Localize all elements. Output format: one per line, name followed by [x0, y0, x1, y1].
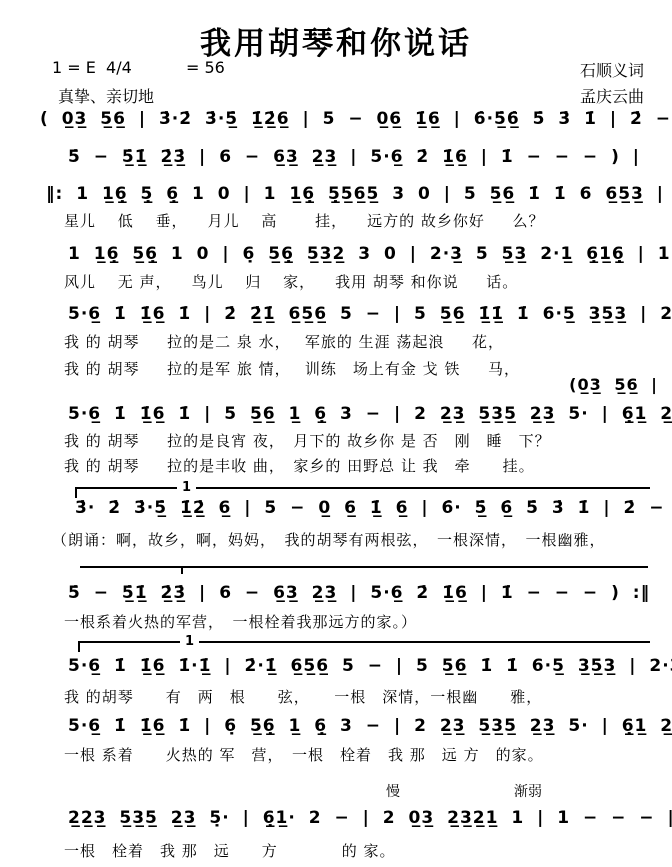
bracket-tick: [181, 567, 183, 574]
lyrics-line-7: （朗诵：啊，故乡，啊，妈妈， 我的胡琴有两根弦， 一根深情， 一根幽雅，: [52, 529, 606, 550]
volta-bracket-first-ending: 1: [75, 487, 650, 498]
lyrics-line-10: 一根 系着 火热的 军 营， 一根 栓着 我 那 远 方 的家。: [64, 744, 544, 765]
composer-credit: 孟庆云曲: [580, 84, 644, 107]
lyrics-line-5-verse-2: 我 的 胡琴 拉的是军 旅 情， 训练 场上有金 戈 铁 马，: [64, 358, 520, 379]
lyrics-line-9: 我 的胡琴 有 两 根 弦， 一根 深情，一根幽 雅，: [64, 686, 542, 707]
volta-bracket-continuation: [80, 566, 648, 577]
tempo-annotation-slow: 慢: [386, 781, 400, 801]
notation-line-10: 5·6̲ 1̇ 1̲̇6̲ 1̇ | 6̣ 5̲6̲̣ 1̲ 6̲̣ 3 − |…: [68, 716, 672, 736]
notation-line-7: 3̇· 2̇ 3̇·5̲̇ 1̲̇2̲̇ 6̲ | 5 − 0̲ 6̲ 1̲̇ …: [75, 498, 672, 518]
lyrics-line-3: 星儿 低 垂， 月儿 高 挂， 远方的 故乡你好 么？: [64, 210, 544, 231]
sheet-music-page: 我用胡琴和你说话 1 = E 4/4 = 56 石顺义词 真挚、亲切地 孟庆云曲…: [0, 0, 672, 867]
volta-number: 1: [177, 479, 196, 497]
notation-line-2: 5̇ − 5̲̇1̲̇ 2̲̇3̲̇ | 6 − 6̲3̲ 2̲3̲ | 5·6…: [68, 147, 640, 167]
lyrics-line-8: 一根系着火热的军营， 一根栓着我那远方的家。）: [64, 611, 417, 632]
notation-line-3: ‖: 1 1̲6̲̣ 5̲̣ 6̲̣ 1 0 | 1 1̲6̲̣ 5̲̣5̲6̲…: [46, 184, 672, 204]
lyrics-line-6-verse-2: 我 的 胡琴 拉的是丰收 曲， 家乡的 田野总 让 我 牵 挂。: [64, 455, 535, 476]
key-time-signature: 1 = E 4/4: [52, 58, 132, 77]
lyrics-line-4: 风儿 无 声， 鸟儿 归 家， 我用 胡琴 和你说 话。: [64, 271, 518, 292]
notation-line-4: 1 1̲6̲̣ 5̲6̲̣ 1 0 | 6̣ 5̲6̲̣ 5̲3̲2̲ 3 0 …: [68, 244, 672, 264]
pickup-measure: (0̲3̲ 5̲6̲ |: [569, 375, 658, 394]
tempo-marking: = 56: [186, 58, 225, 77]
notation-line-1: ( 0̲3̲ 5̲6̲ | 3̇·2̇ 3̇·5̲̇ 1̲̇2̲̇6̲ | 5 …: [40, 109, 672, 129]
notation-line-11: 2̲2̲3̲ 5̲3̲5̲ 2̲3̲ 5̣· | 6̲̣1̲· 2 − | 2 …: [68, 808, 672, 828]
notation-line-5: 5·6̲ 1̇ 1̲̇6̲ 1̇ | 2̇ 2̲̇1̲̇ 6̲5̲6̲ 5 − …: [68, 304, 672, 324]
notation-line-6: 5·6̲ 1̇ 1̲̇6̲ 1̇ | 5 5̲6̲ 1̲ 6̲̣ 3 − | 2…: [68, 404, 672, 424]
lyrics-line-11: 一根 栓着 我 那 远 方 的 家。: [64, 840, 396, 861]
notation-line-9: 5·6̲ 1̇ 1̲̇6̲ 1̇·1̲̇ | 2̇·1̲̇ 6̲5̲6̲ 5 −…: [68, 656, 672, 676]
lyricist-credit: 石顺义词: [580, 58, 644, 81]
volta-number: 1: [180, 633, 199, 651]
notation-line-8: 5̇ − 5̲̇1̲̇ 2̲̇3̲̇ | 6 − 6̲3̲ 2̲3̲ | 5·6…: [68, 583, 650, 603]
lyrics-line-5-verse-1: 我 的 胡琴 拉的是二 泉 水， 军旅的 生涯 荡起浪 花，: [64, 331, 504, 352]
expression-marking: 真挚、亲切地: [58, 84, 154, 107]
dynamics-annotation-diminuendo: 渐弱: [514, 781, 542, 801]
volta-bracket-second-line: 1: [78, 641, 650, 652]
lyrics-line-6-verse-1: 我 的 胡琴 拉的是良宵 夜， 月下的 故乡你 是 否 刚 睡 下？: [64, 430, 551, 451]
song-title: 我用胡琴和你说话: [0, 18, 672, 63]
